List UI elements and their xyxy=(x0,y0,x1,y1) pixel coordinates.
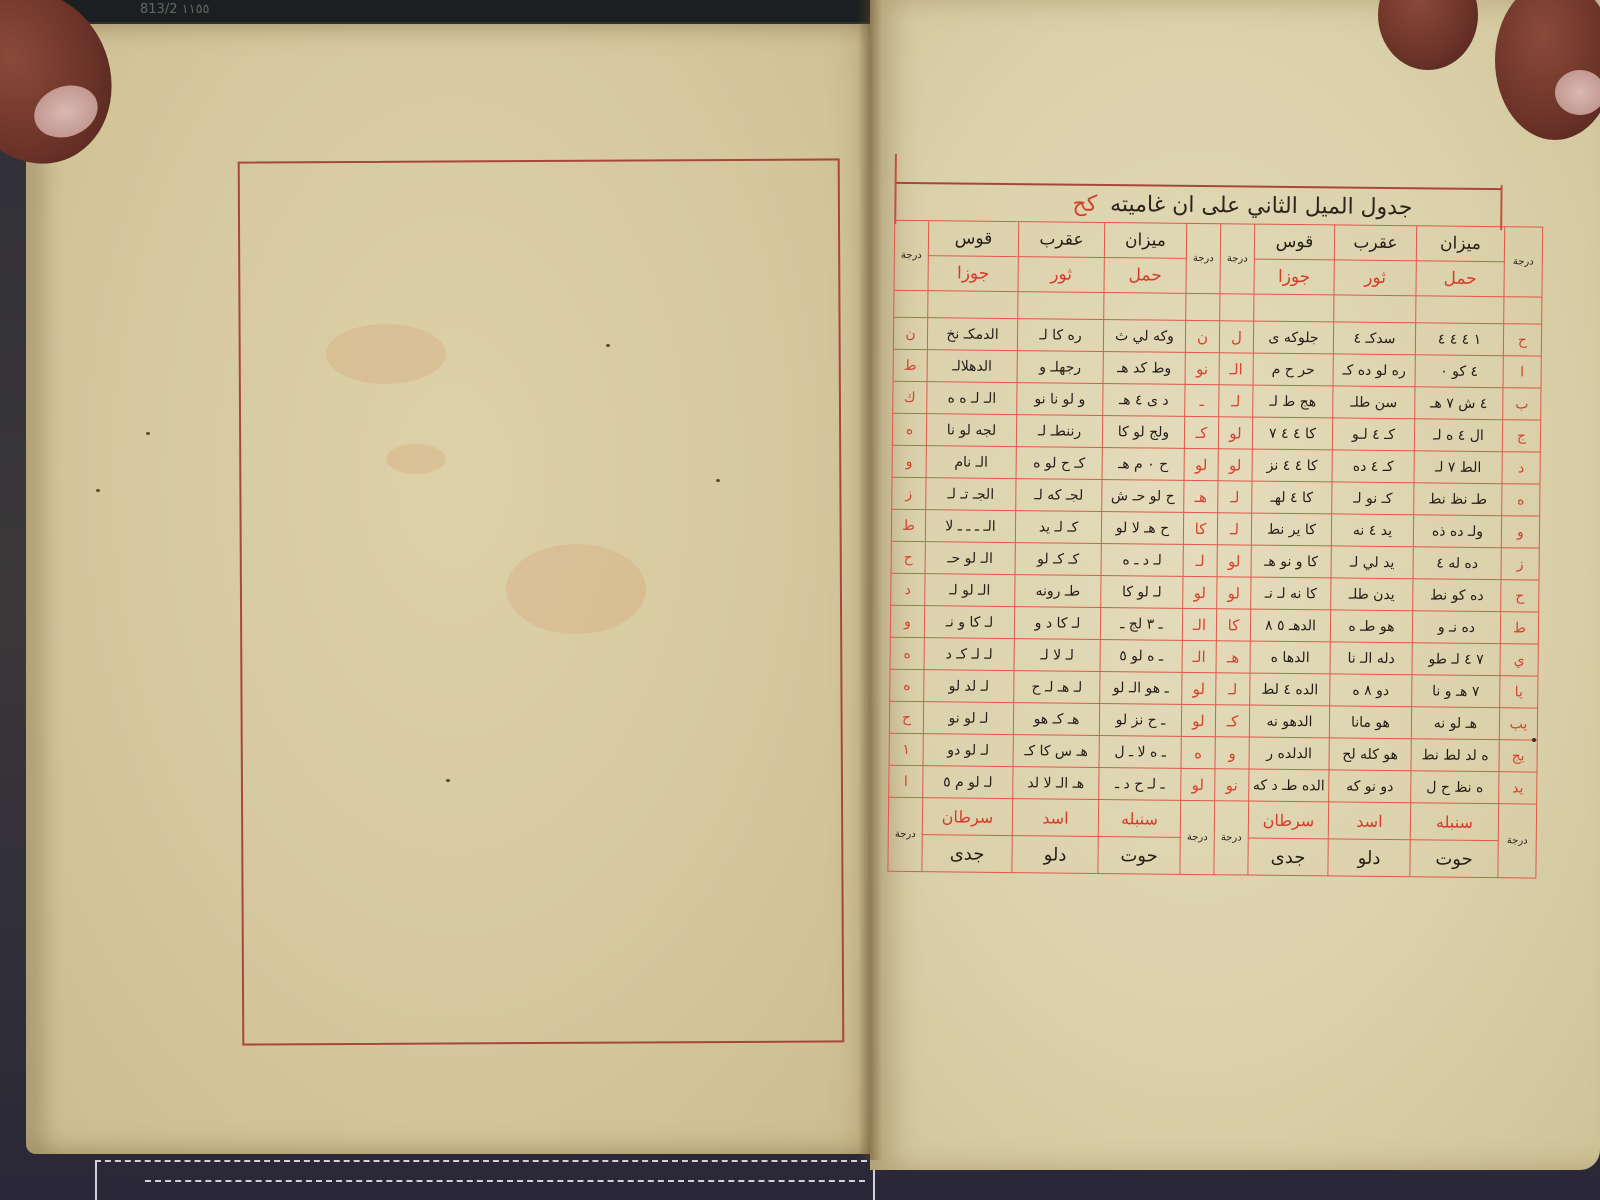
degree-header: درجة xyxy=(1220,224,1255,294)
red-value-cell: الـ xyxy=(1182,640,1216,672)
value-cell: لـ لو م ٥ xyxy=(923,766,1013,799)
value-cell: يد لي لـ xyxy=(1331,546,1413,579)
value-cell: كا ٤ ٤ نز xyxy=(1252,449,1332,482)
value-cell: ده نـ و xyxy=(1412,611,1500,644)
red-value-cell: كـ xyxy=(1215,705,1249,737)
value-cell: لجه لو نا xyxy=(926,414,1016,447)
red-value-cell: كـ xyxy=(1184,416,1218,448)
paper-speck xyxy=(146,432,150,435)
value-cell: لـ كا د و xyxy=(1014,607,1100,640)
value-cell: هو كله لح xyxy=(1329,738,1411,771)
footer-black-cell: دلو xyxy=(1012,836,1098,874)
value-cell: الـ لو حـ xyxy=(925,542,1015,575)
row-index-cell: ح xyxy=(889,701,923,733)
value-cell: لـ كا و نـ xyxy=(924,606,1014,639)
header-cell: میزان xyxy=(1416,226,1504,262)
row-index-cell: د xyxy=(1502,452,1540,484)
footer-black-cell: حوت xyxy=(1410,840,1498,878)
thumbnail xyxy=(1555,70,1600,115)
value-cell: لجـ كه لـ xyxy=(1016,479,1102,512)
row-index-cell: و xyxy=(892,445,926,477)
value-cell: كـ ٤ ده xyxy=(1332,450,1414,483)
value-cell: ـ ه لو ٥ xyxy=(1100,639,1182,672)
header-red-cell: حمل xyxy=(1416,261,1504,297)
red-value-cell: لو xyxy=(1182,672,1216,704)
footer-black-cell: جدی xyxy=(1248,838,1328,876)
row-index-cell: ب xyxy=(1503,388,1541,420)
value-cell: و لو نا نو xyxy=(1017,383,1103,416)
header-cell: عقرب xyxy=(1334,225,1416,261)
value-cell: كا نه لـ نـ xyxy=(1251,577,1331,610)
row-index-cell: ح xyxy=(1501,580,1539,612)
row-index-cell: ي xyxy=(1500,644,1538,676)
value-cell: كـ لـ يد xyxy=(1015,511,1101,544)
degree-footer-right: درجة xyxy=(1498,804,1537,878)
value-cell: هج ط لـ xyxy=(1253,385,1333,418)
value-cell: طـ رونه xyxy=(1015,575,1101,608)
row-index-cell: ك xyxy=(893,381,927,413)
value-cell: د ى ٤ هـ xyxy=(1103,384,1185,417)
red-value-cell: هـ xyxy=(1216,641,1250,673)
value-cell: دو نو كه xyxy=(1329,770,1411,803)
empty-ruled-frame xyxy=(238,158,845,1045)
value-cell: جلوكه ى xyxy=(1253,321,1333,354)
red-value-cell: لـ xyxy=(1218,481,1252,513)
value-cell: الدهو نه xyxy=(1249,705,1329,738)
value-cell: حر ح م xyxy=(1253,353,1333,386)
footer-red-cell: سنبله xyxy=(1098,799,1180,837)
row-index-cell: ح xyxy=(1503,324,1541,356)
red-value-cell: لو xyxy=(1217,577,1251,609)
value-cell: ٧ هـ و نا xyxy=(1412,675,1500,708)
value-cell: ده له ٤ xyxy=(1413,547,1501,580)
value-cell: الدلده ر xyxy=(1249,737,1329,770)
row-index-cell: و xyxy=(890,605,924,637)
value-cell: ٧ ٤ لـ طو xyxy=(1412,643,1500,676)
header-red-cell: حمل xyxy=(1104,258,1186,294)
footer-red-cell: سنبله xyxy=(1410,803,1498,841)
footer-black-cell: حوت xyxy=(1098,836,1180,874)
value-cell: يد ٤ نه xyxy=(1331,514,1413,547)
value-cell: وكه لي ث xyxy=(1103,320,1185,353)
value-cell: ولج لو كا xyxy=(1102,416,1184,449)
red-value-cell: لو xyxy=(1181,768,1215,800)
header-red-cell: ثور xyxy=(1334,260,1416,296)
row-index-cell: ج xyxy=(1502,420,1540,452)
value-cell: ح ٠ م هـ xyxy=(1102,448,1184,481)
row-index-cell: يج xyxy=(1499,740,1537,772)
degree-footer: درجة xyxy=(1180,800,1215,874)
red-value-cell: الـ xyxy=(1219,353,1253,385)
value-cell: ه لد لط نط xyxy=(1411,739,1499,772)
shelfmark-label: 813/2 ١١٥٥ xyxy=(140,2,210,17)
value-cell: ٤ كو ٠ xyxy=(1415,355,1503,388)
value-cell: ره كا لـ xyxy=(1017,319,1103,352)
value-cell: ـ هو الـ لو xyxy=(1100,671,1182,704)
value-cell: رننطـ لـ xyxy=(1016,415,1102,448)
header-cell: قوس xyxy=(928,221,1018,257)
value-cell: هـ الـ لا لد xyxy=(1013,767,1099,800)
value-cell: ولـ ده ذه xyxy=(1413,515,1501,548)
value-cell: الدها ه xyxy=(1250,641,1330,674)
value-cell: الـ ـ ـ ـ لا xyxy=(925,510,1015,543)
value-cell: لـ د ـ ه xyxy=(1101,544,1183,577)
row-index-cell: ا xyxy=(1503,356,1541,388)
row-index-cell: ط xyxy=(1500,612,1538,644)
value-cell: ه نظ ح ل xyxy=(1411,771,1499,804)
red-value-cell: لـ xyxy=(1183,544,1217,576)
degree-footer-left: درجة xyxy=(888,797,923,871)
degree-footer: درجة xyxy=(1214,801,1249,875)
title-red-mark: كح xyxy=(1072,192,1097,217)
header-cell: میزان xyxy=(1104,223,1186,259)
row-index-cell: د xyxy=(891,573,925,605)
value-cell: كا و نو هـ xyxy=(1251,545,1331,578)
row-index-cell: ه xyxy=(1502,484,1540,516)
degree-header-left: درجة xyxy=(894,220,929,290)
value-cell: رجهلـ و xyxy=(1017,351,1103,384)
row-index-cell: ه xyxy=(890,637,924,669)
row-index-cell: يب xyxy=(1499,708,1537,740)
row-index-cell: يا xyxy=(1500,676,1538,708)
row-index-cell: ه xyxy=(890,669,924,701)
value-cell: ره لو ده كـ xyxy=(1333,354,1415,387)
red-value-cell: كا xyxy=(1183,512,1217,544)
value-cell: الـ لو لـ xyxy=(925,574,1015,607)
red-value-cell: لو xyxy=(1181,704,1215,736)
thumbnail xyxy=(27,77,105,146)
header-cell: عقرب xyxy=(1018,222,1104,258)
row-index-cell: و xyxy=(1501,516,1539,548)
value-cell: لـ لا لـ xyxy=(1014,639,1100,672)
value-cell: وط كد هـ xyxy=(1103,352,1185,385)
value-cell: لـ لد لو xyxy=(924,670,1014,703)
header-red-cell: ثور xyxy=(1018,257,1104,293)
value-cell: يدن طلـ xyxy=(1331,578,1413,611)
value-cell: الدمكـ نخ xyxy=(927,318,1017,351)
value-cell: الدهلالـ xyxy=(927,350,1017,383)
red-value-cell: ن xyxy=(1185,320,1219,352)
row-index-cell: ١ xyxy=(889,733,923,765)
value-cell: هـ كـ هو xyxy=(1013,703,1099,736)
red-value-cell: لو xyxy=(1217,545,1251,577)
value-cell: لـ لو كا xyxy=(1101,576,1183,609)
value-cell: سدكـ ٤ xyxy=(1333,322,1415,355)
footer-red-cell: سرطان xyxy=(1248,801,1328,839)
value-cell: الده ٤ لط xyxy=(1250,673,1330,706)
almanac-grid: درجة میزان عقرب قوس درجة درجة میزان عقرب… xyxy=(887,220,1543,879)
red-value-cell: لـ xyxy=(1216,673,1250,705)
red-value-cell: نو xyxy=(1215,769,1249,801)
value-cell: ـ ه لا ـ ل xyxy=(1099,735,1181,768)
value-cell: لـ لو دو xyxy=(923,734,1013,767)
value-cell: ٤ ش ٧ هـ xyxy=(1415,387,1503,420)
value-cell: كـ نو لـ xyxy=(1332,482,1414,515)
value-cell: طـ نظ نط xyxy=(1414,483,1502,516)
footer-red-cell: اسد xyxy=(1328,802,1410,840)
value-cell: هـ لو نه xyxy=(1411,707,1499,740)
red-value-cell: ل xyxy=(1219,321,1253,353)
footer-black-cell: دلو xyxy=(1328,839,1410,877)
red-value-cell: الـ xyxy=(1182,608,1216,640)
value-cell: الجـ تـ لـ xyxy=(926,478,1016,511)
degree-header: درجة xyxy=(1186,223,1221,293)
value-cell: هو مانا xyxy=(1329,706,1411,739)
row-index-cell: ه xyxy=(892,413,926,445)
value-cell: كـ كـ لو xyxy=(1015,543,1101,576)
value-cell: ـ ح نز لو xyxy=(1099,703,1181,736)
value-cell: لـ لو نو xyxy=(923,702,1013,735)
row-index-cell: ا xyxy=(889,765,923,797)
value-cell: هو طـ ه xyxy=(1330,610,1412,643)
footer-black-cell: جدی xyxy=(922,835,1012,873)
value-cell: الـ نام xyxy=(926,446,1016,479)
value-cell: كـ ٤ لـو xyxy=(1332,418,1414,451)
value-cell: ح لو حـ ش xyxy=(1102,480,1184,513)
value-cell: كا ٤ ٤ ٧ xyxy=(1252,417,1332,450)
paper-speck xyxy=(1532,738,1536,742)
value-cell: ـ لـ ح د ـ xyxy=(1099,767,1181,800)
value-cell: الط ٧ لـ xyxy=(1414,451,1502,484)
value-cell: كا ٤ لهـ xyxy=(1252,481,1332,514)
row-index-cell: ز xyxy=(892,477,926,509)
value-cell: ده كو نط xyxy=(1413,579,1501,612)
value-cell: ال ٤ ه لـ xyxy=(1414,419,1502,452)
red-value-cell: كا xyxy=(1216,609,1250,641)
degree-header-right: درجة xyxy=(1504,227,1543,297)
value-cell: الـ لـ ه ه xyxy=(927,382,1017,415)
value-cell: كـ ح لو ه xyxy=(1016,447,1102,480)
row-index-cell: ط xyxy=(893,349,927,381)
row-index-cell: ن xyxy=(893,317,927,349)
value-cell: ح هـ لا لو xyxy=(1101,512,1183,545)
red-value-cell: لـ xyxy=(1217,513,1251,545)
paper-speck xyxy=(96,489,100,492)
header-red-cell: جوزا xyxy=(928,256,1018,292)
red-value-cell: لو xyxy=(1218,449,1252,481)
header-cell: قوس xyxy=(1254,224,1334,260)
value-cell: سن طلـ xyxy=(1333,386,1415,419)
red-value-cell: لو xyxy=(1184,448,1218,480)
row-index-cell: يد xyxy=(1499,772,1537,804)
value-cell: هـ س كا كـ xyxy=(1013,735,1099,768)
value-cell: ١ ٤ ٤ ٤ xyxy=(1415,323,1503,356)
value-cell: الدهـ ٥ ٨ xyxy=(1250,609,1330,642)
declination-table: جدول الميل الثاني على ان غاميته كح درجة … xyxy=(885,182,1506,1068)
red-value-cell: لو xyxy=(1183,576,1217,608)
value-cell: كا ير نط xyxy=(1251,513,1331,546)
red-value-cell: هـ xyxy=(1184,480,1218,512)
table-title: جدول الميل الثاني على ان غاميته كح xyxy=(1072,192,1412,221)
red-value-cell: و xyxy=(1215,737,1249,769)
red-value-cell: لـ xyxy=(1219,385,1253,417)
footer-red-cell: سرطان xyxy=(922,798,1012,836)
red-value-cell: ـ xyxy=(1185,384,1219,416)
header-red-cell: جوزا xyxy=(1254,259,1334,295)
value-cell: لـ لـ كـ د xyxy=(924,638,1014,671)
red-value-cell: ه xyxy=(1181,736,1215,768)
value-cell: دله الـ نا xyxy=(1330,642,1412,675)
footer-red-cell: اسد xyxy=(1012,799,1098,837)
row-index-cell: ط xyxy=(891,509,925,541)
scale-bar-ruler xyxy=(95,1160,867,1200)
value-cell: لـ هـ لـ ح xyxy=(1014,671,1100,704)
row-index-cell: ز xyxy=(1501,548,1539,580)
value-cell: دو ٨ ه xyxy=(1330,674,1412,707)
red-value-cell: نو xyxy=(1185,352,1219,384)
book-gutter xyxy=(858,0,882,1160)
value-cell: ـ ٣ لج ـ xyxy=(1100,608,1182,641)
row-index-cell: ح xyxy=(891,541,925,573)
red-value-cell: لو xyxy=(1218,417,1252,449)
value-cell: الده طـ د كه xyxy=(1249,769,1329,802)
